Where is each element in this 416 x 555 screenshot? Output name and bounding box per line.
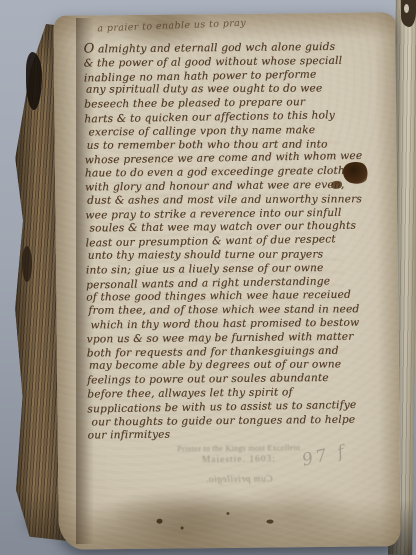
photo-backdrop: a praier to enable us to pray O almighty… [0,0,416,555]
facing-page-glint [404,4,409,13]
ink-spot [181,526,184,529]
manuscript-page: a praier to enable us to pray O almighty… [53,12,401,550]
ink-spot [267,520,274,524]
spine-dark-notch-2 [22,246,32,282]
manuscript-text: O almighty and eternall god wch alone gu… [83,39,393,443]
ink-spot [226,512,229,515]
stain-smudge [116,489,286,535]
gutter-shadow [76,18,94,544]
ink-spot [156,519,162,524]
ink-blot-small [331,181,342,189]
print-line-privilegio-mirrored: Cum privilegio. [124,473,354,487]
